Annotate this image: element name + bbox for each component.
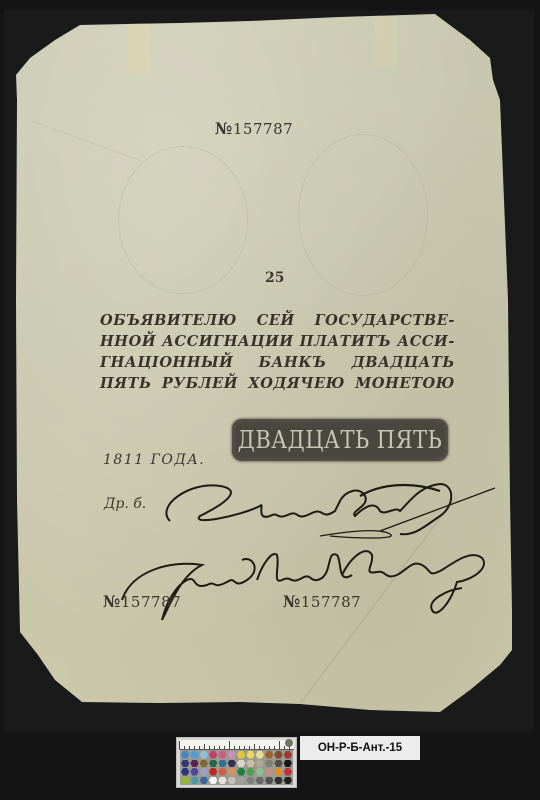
color-swatch: [209, 777, 217, 785]
ruler-tick: [209, 746, 210, 749]
color-swatch: [256, 768, 264, 776]
ruler-tick: [254, 744, 255, 749]
ruler-tick: [194, 746, 195, 749]
ruler-tick: [269, 746, 270, 749]
color-swatch: [190, 777, 198, 785]
word: БАНКЪ: [259, 352, 327, 373]
color-swatch: [246, 751, 254, 759]
color-swatch: [284, 768, 292, 776]
color-swatch: [190, 760, 198, 768]
word: ГНАЦIОННЫЙ: [100, 352, 233, 373]
ruler-tick: [239, 746, 240, 749]
color-swatch: [284, 751, 292, 759]
catalog-label: ОН-Р-Б-Ант.-15: [300, 736, 420, 760]
color-swatch: [237, 760, 245, 768]
word: ДВАДЦАТЬ: [352, 352, 455, 373]
color-swatch: [200, 760, 208, 768]
denomination-numeral: 25: [265, 270, 284, 286]
color-swatch: [237, 777, 245, 785]
color-swatch: [218, 777, 226, 785]
tape-mark: [128, 23, 150, 73]
word: ННОЙ: [100, 331, 156, 352]
stamp-text: ДВАДЦАТЬ ПЯТЬ: [238, 426, 442, 454]
color-swatch: [265, 751, 273, 759]
color-swatch: [265, 777, 273, 785]
word: СЕЙ: [257, 310, 295, 331]
calibration-logo-icon: [285, 739, 293, 747]
ruler-tick: [199, 746, 200, 749]
color-swatch: [274, 760, 282, 768]
serial-number-top: №157787: [215, 119, 293, 138]
calibration-ruler: [179, 740, 294, 750]
color-swatch: [265, 760, 273, 768]
issue-year: 1811 ГОДА.: [103, 452, 205, 468]
color-swatch: [256, 760, 264, 768]
serial-value: 157787: [233, 120, 293, 138]
color-swatch: [181, 768, 189, 776]
ruler-tick: [189, 746, 190, 749]
color-swatch: [190, 768, 198, 776]
ruler-tick: [244, 746, 245, 749]
color-swatch: [228, 768, 236, 776]
color-swatch: [181, 777, 189, 785]
color-swatch: [181, 760, 189, 768]
color-swatch: [274, 768, 282, 776]
color-swatch: [218, 768, 226, 776]
watermark-oval-left: [118, 146, 248, 294]
color-swatch: [274, 777, 282, 785]
ruler-tick: [204, 744, 205, 749]
color-swatch: [209, 768, 217, 776]
ruler-tick: [259, 746, 260, 749]
word: ГОСУДАРСТВЕ-: [315, 310, 455, 331]
body-line-3: ГНАЦIОННЫЙ БАНКЪ ДВАДЦАТЬ: [100, 352, 455, 373]
denomination-stamp: ДВАДЦАТЬ ПЯТЬ: [232, 419, 448, 461]
color-swatch: [246, 777, 254, 785]
color-swatch: [228, 760, 236, 768]
color-swatch: [190, 751, 198, 759]
ruler-tick: [179, 741, 180, 749]
color-calibration-chart: [176, 737, 297, 788]
number-sign: №: [103, 592, 121, 611]
signatory-label: Др. б.: [104, 496, 146, 512]
word: ПЛАТИТЪ: [300, 331, 392, 352]
ruler-tick: [184, 746, 185, 749]
word: ХОДЯЧЕЮ: [248, 373, 345, 394]
ruler-tick: [279, 741, 280, 749]
color-swatch: [200, 777, 208, 785]
color-swatch: [284, 760, 292, 768]
body-line-4: ПЯТЬ РУБЛЕЙ ХОДЯЧЕЮ МОНЕТОЮ: [100, 373, 455, 394]
serial-number-bottom-right: №157787: [283, 592, 361, 611]
number-sign: №: [283, 592, 301, 611]
color-swatch: [256, 777, 264, 785]
banknote-body-text: ОБЪЯВИТЕЛЮ СЕЙ ГОСУДАРСТВЕ- ННОЙ АССИГНА…: [100, 310, 455, 394]
color-swatch: [181, 751, 189, 759]
ruler-tick: [284, 746, 285, 749]
tape-mark: [375, 16, 397, 66]
color-swatch: [228, 751, 236, 759]
color-swatch: [228, 777, 236, 785]
color-swatch: [246, 760, 254, 768]
color-swatch: [265, 768, 273, 776]
ruler-tick: [274, 746, 275, 749]
watermark-oval-right: [298, 134, 428, 296]
serial-number-bottom-left: №157787: [103, 592, 181, 611]
color-swatch: [237, 768, 245, 776]
word: АССИ-: [397, 331, 455, 352]
color-swatch: [209, 760, 217, 768]
word: РУБЛЕЙ: [162, 373, 238, 394]
paper-crease: [30, 120, 143, 162]
color-swatch: [256, 751, 264, 759]
ruler-tick: [249, 746, 250, 749]
word: ОБЪЯВИТЕЛЮ: [100, 310, 237, 331]
body-line-2: ННОЙ АССИГНАЦИИ ПЛАТИТЪ АССИ-: [100, 331, 455, 352]
color-swatch: [218, 760, 226, 768]
color-swatch: [218, 751, 226, 759]
word: МОНЕТОЮ: [355, 373, 455, 394]
catalog-id: ОН-Р-Б-Ант.-15: [318, 742, 402, 754]
body-line-1: ОБЪЯВИТЕЛЮ СЕЙ ГОСУДАРСТВЕ-: [100, 310, 455, 331]
number-sign: №: [215, 119, 233, 138]
ruler-tick: [224, 746, 225, 749]
ruler-tick: [264, 746, 265, 749]
color-swatch: [274, 751, 282, 759]
color-swatch: [237, 751, 245, 759]
ruler-tick: [229, 741, 230, 749]
color-swatch: [209, 751, 217, 759]
word: АССИГНАЦИИ: [162, 331, 294, 352]
ruler-tick: [234, 746, 235, 749]
color-swatch: [246, 768, 254, 776]
serial-value: 157787: [301, 593, 361, 611]
color-swatch: [200, 768, 208, 776]
color-swatch: [200, 751, 208, 759]
ruler-tick: [219, 746, 220, 749]
ruler-tick: [214, 746, 215, 749]
color-swatch: [284, 777, 292, 785]
word: ПЯТЬ: [100, 373, 152, 394]
serial-value: 157787: [121, 593, 181, 611]
color-swatch-grid: [180, 750, 293, 785]
